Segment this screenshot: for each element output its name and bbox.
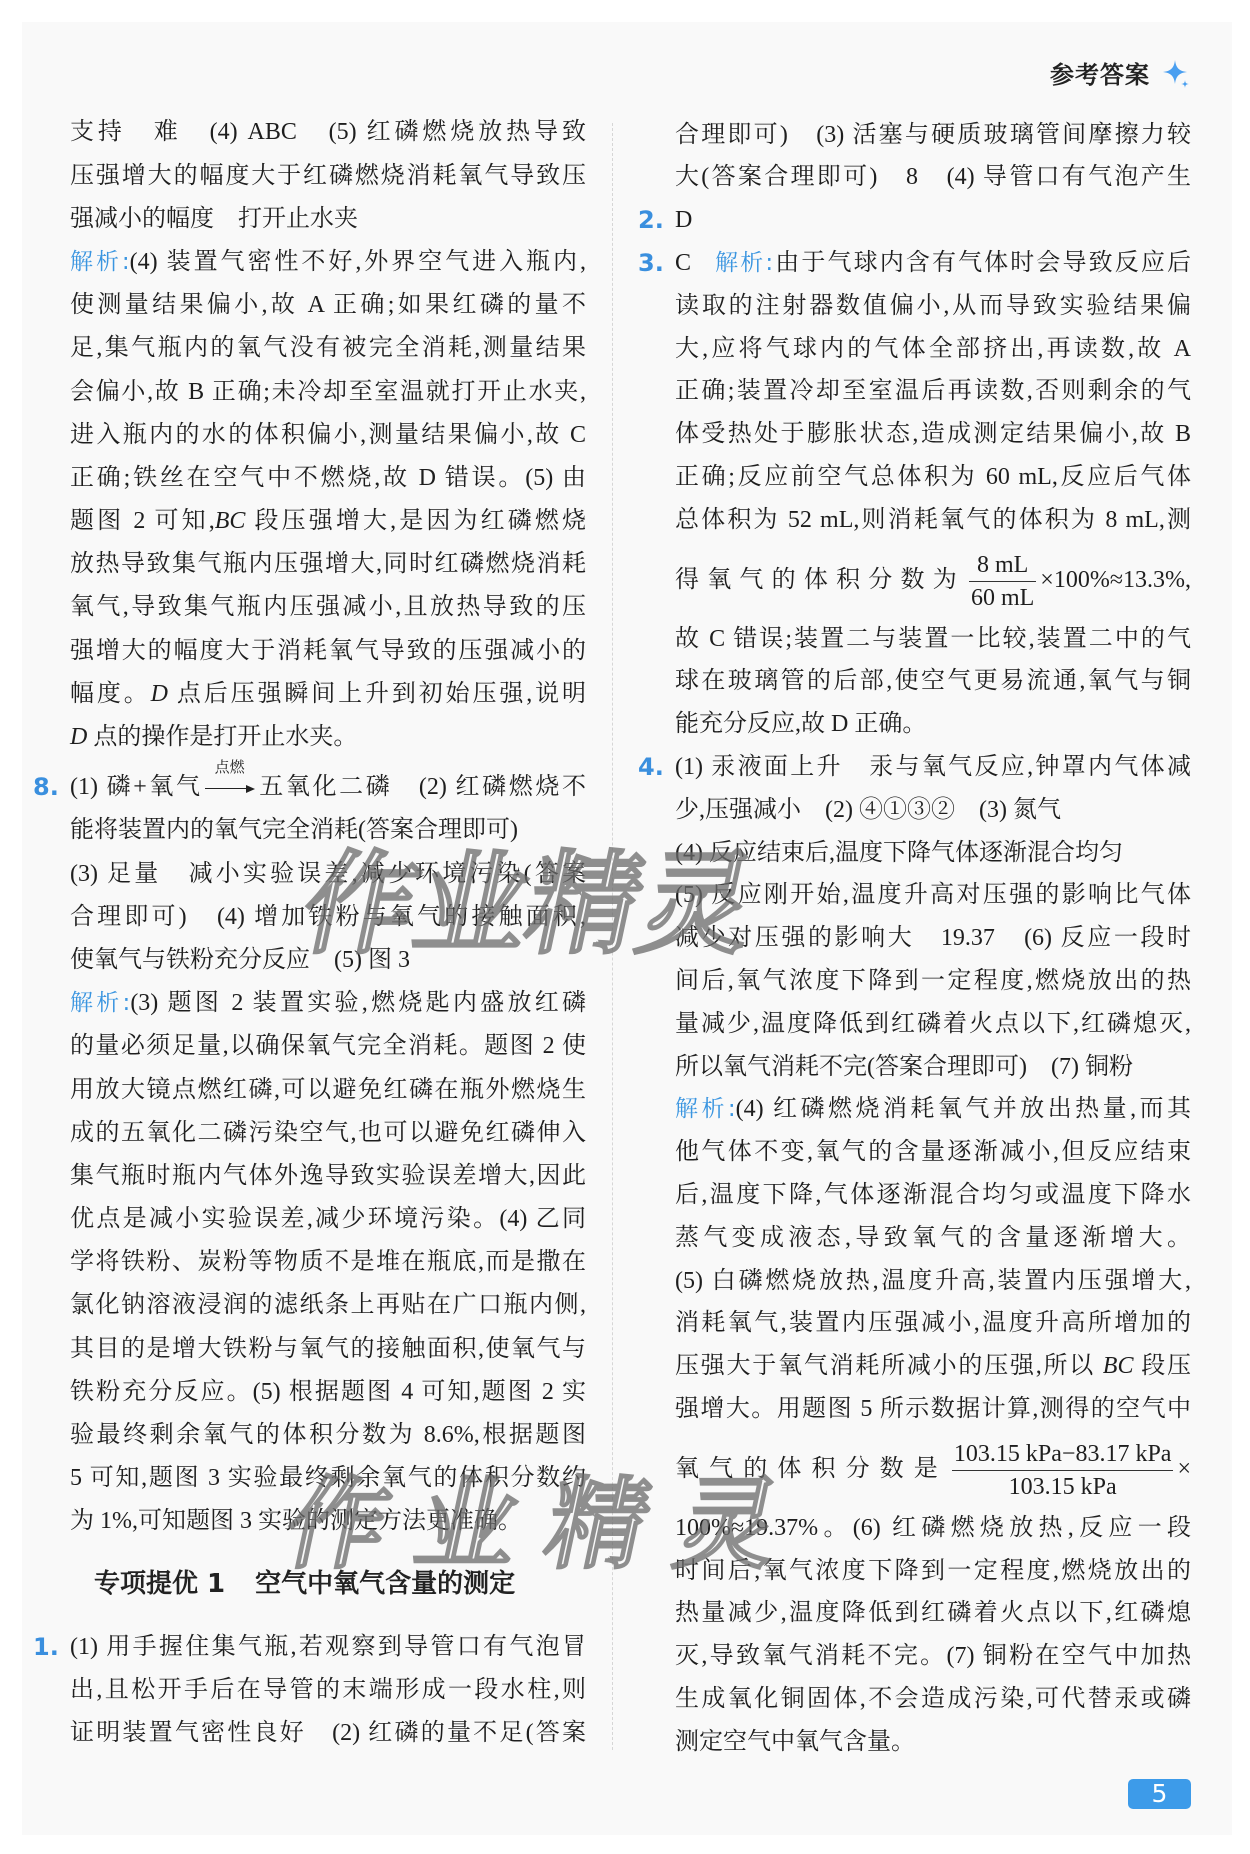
analysis-label: 解析: xyxy=(713,250,773,276)
text-line: 100%≈19.37%。(6) 红磷燃烧放热,反应一段 xyxy=(675,1507,1191,1550)
reaction-condition: 点燃 xyxy=(199,760,261,776)
text-segment: 得氧气的体积分数为 xyxy=(675,567,965,593)
italic-variable: BC xyxy=(215,508,246,534)
text-line: 证明装置气密性良好 (2) 红磷的量不足(答案 xyxy=(70,1712,586,1755)
text-line: 强增大的幅度大于消耗氧气导致的压强减小的 xyxy=(70,630,586,673)
text-segment: (1) 磷+氧气 xyxy=(70,774,203,800)
text-line: 总体积为 52 mL,则消耗氧气的体积为 8 mL,测 xyxy=(675,499,1191,542)
text-line: 会偏小,故 B 正确;未冷却至室温就打开止水夹, xyxy=(70,371,586,414)
text-line: 蒸气变成液态,导致氧气的含量逐渐增大。 xyxy=(675,1217,1191,1260)
text-line: 正确;反应前空气总体积为 60 mL,反应后气体 xyxy=(675,456,1191,499)
answer-item-1-continued: 合理即可) (3) 活塞与硬质玻璃管间摩擦力较 大(答案合理即可) 8 (4) … xyxy=(675,114,1191,200)
item-number: 4. xyxy=(638,746,664,789)
text-segment: 五氧化二磷 (2) 红磷燃烧不 xyxy=(257,774,586,800)
analysis-line: 解析:(4) 红磷燃烧消耗氧气并放出热量,而其 xyxy=(675,1088,1191,1131)
text-line: 大(答案合理即可) 8 (4) 导管口有气泡产生 xyxy=(675,156,1191,199)
text-line: 铁粉充分反应。(5) 根据题图 4 可知,题图 2 实 xyxy=(70,1371,586,1414)
text-line: 生成氧化铜固体,不会造成污染,可代替汞或磷 xyxy=(675,1678,1191,1721)
analysis-text: (4) 装置气密性不好,外界空气进入瓶内, xyxy=(130,249,586,275)
answer-item-3: 3.C解析:由于气球内含有气体时会导致反应后 读取的注射器数值偏小,从而导致实验… xyxy=(675,242,1191,746)
text-segment: 段压 xyxy=(1133,1353,1191,1379)
right-column: 合理即可) (3) 活塞与硬质玻璃管间摩擦力较 大(答案合理即可) 8 (4) … xyxy=(675,114,1191,1764)
sparkle-star-icon xyxy=(1161,58,1193,90)
item-number: 1. xyxy=(33,1626,59,1669)
page-number: 5 xyxy=(1128,1779,1191,1809)
arrow-shaft xyxy=(205,788,249,789)
text-line: 灭,导致氧气消耗不完。(7) 铜粉在空气中加热 xyxy=(675,1635,1191,1678)
text-line: 所以氧气消耗不完(答案合理即可) (7) 铜粉 xyxy=(675,1046,1191,1089)
text-line: 强减小的幅度 打开止水夹 xyxy=(70,198,586,241)
text-line: 1.(1) 用手握住集气瓶,若观察到导管口有气泡冒 xyxy=(70,1626,586,1669)
text-line: 学将铁粉、炭粉等物质不是堆在瓶底,而是撒在 xyxy=(70,1241,586,1284)
text-line: 足,集气瓶内的氧气没有被完全消耗,测量结果 xyxy=(70,327,586,370)
text-line: (4) 反应结束后,温度下降气体逐渐混合均匀 xyxy=(675,832,1191,875)
text-line: 球在玻璃管的后部,使空气更易流通,氧气与铜 xyxy=(675,660,1191,703)
text-line: 3.C解析:由于气球内含有气体时会导致反应后 xyxy=(675,242,1191,285)
header-title: 参考答案 xyxy=(1050,61,1150,89)
text-line: 进入瓶内的水的体积偏小,测量结果偏小,故 C xyxy=(70,414,586,457)
section-heading: 专项提优 1空气中氧气含量的测定 xyxy=(70,1563,586,1606)
analysis-text: (4) 红磷燃烧消耗氧气并放出热量,而其 xyxy=(736,1096,1191,1122)
text-line: 间后,氧气浓度下降到一定程度,燃烧放出的热 xyxy=(675,960,1191,1003)
text-line: 正确;铁丝在空气中不燃烧,故 D 错误。(5) 由 xyxy=(70,457,586,500)
analysis-line: 解析:(4) 装置气密性不好,外界空气进入瓶内, xyxy=(70,241,586,284)
text-line: (5) 白磷燃烧放热,温度升高,装置内压强增大, xyxy=(675,1260,1191,1303)
section-title: 空气中氧气含量的测定 xyxy=(255,1569,515,1599)
italic-variable: BC xyxy=(1103,1353,1134,1379)
fraction-numerator: 103.15 kPa−83.17 kPa xyxy=(952,1438,1174,1470)
analysis-text: (3) 题图 2 装置实验,燃烧匙内盛放红磷 xyxy=(130,990,586,1016)
text-segment: 氧气的体积分数是 xyxy=(675,1456,948,1482)
fraction-denominator: 60 mL xyxy=(969,581,1036,614)
fraction-numerator: 8 mL xyxy=(969,549,1036,581)
section-label: 专项提优 1 xyxy=(94,1569,225,1599)
analysis-line: 解析:(3) 题图 2 装置实验,燃烧匙内盛放红磷 xyxy=(70,982,586,1025)
text-line: 读取的注射器数值偏小,从而导致实验结果偏 xyxy=(675,285,1191,328)
text-line: 4.(1) 汞液面上升 汞与氧气反应,钟罩内气体减 xyxy=(675,746,1191,789)
text-line: 为 1%,可知题图 3 实验的测定方法更准确。 xyxy=(70,1500,586,1543)
text-line: 能将装置内的氧气完全消耗(答案合理即可) xyxy=(70,809,586,852)
answer-item-4: 4.(1) 汞液面上升 汞与氧气反应,钟罩内气体减 少,压强减小 (2) ④①③… xyxy=(675,746,1191,1764)
page-header: 参考答案 xyxy=(1050,60,1150,90)
text-line: 大,应将气球内的气体全部挤出,再读数,故 A xyxy=(675,328,1191,371)
text-line: 合理即可) (3) 活塞与硬质玻璃管间摩擦力较 xyxy=(675,114,1191,157)
text-line: 压强增大的幅度大于红磷燃烧消耗氧气导致压 xyxy=(70,155,586,198)
column-divider xyxy=(612,123,613,1750)
text-segment: × xyxy=(1177,1456,1191,1482)
answer-value: D xyxy=(675,207,692,233)
fraction: 103.15 kPa−83.17 kPa103.15 kPa xyxy=(952,1438,1174,1503)
text-segment: 点的操作是打开止水夹。 xyxy=(87,724,357,750)
text-line: 验最终剩余氧气的体积分数为 8.6%,根据题图 xyxy=(70,1414,586,1457)
text-line: 后,温度下降,气体逐渐混合均匀或温度下降水 xyxy=(675,1174,1191,1217)
text-line: D 点的操作是打开止水夹。 xyxy=(70,716,586,759)
fraction-denominator: 103.15 kPa xyxy=(952,1470,1174,1503)
item-number: 2. xyxy=(638,199,664,242)
text-line: 正确;装置冷却至室温后再读数,否则剩余的气 xyxy=(675,370,1191,413)
text-line: 用放大镜点燃红磷,可以避免红磷在瓶外燃烧生 xyxy=(70,1069,586,1112)
answer-item-2: 2.D xyxy=(675,199,1191,242)
text-line: 热量减少,温度降低到红磷着火点以下,红磷熄 xyxy=(675,1592,1191,1635)
text-line: 支持 难 (4) ABC (5) 红磷燃烧放热导致 xyxy=(70,111,586,154)
analysis-label: 解析: xyxy=(70,249,130,275)
text-line: (3) 足量 减小实验误差,减少环境污染(答案 xyxy=(70,853,586,896)
text-line: 放热导致集气瓶内压强增大,同时红磷燃烧消耗 xyxy=(70,543,586,586)
text-line: 故 C 错误;装置二与装置一比较,装置二中的气 xyxy=(675,618,1191,661)
text-line: 少,压强减小 (2) ④①③② (3) 氮气 xyxy=(675,789,1191,832)
formula-line: 得氧气的体积分数为8 mL60 mL×100%≈13.3%, xyxy=(675,542,1191,618)
text-segment: (1) 用手握住集气瓶,若观察到导管口有气泡冒 xyxy=(70,1634,586,1660)
text-line: 时间后,氧气浓度下降到一定程度,燃烧放出的 xyxy=(675,1550,1191,1593)
text-line: 使测量结果偏小,故 A 正确;如果红磷的量不 xyxy=(70,284,586,327)
text-line: 优点是减小实验误差,减少环境污染。(4) 乙同 xyxy=(70,1198,586,1241)
arrow-head-icon xyxy=(246,785,255,793)
analysis-label: 解析: xyxy=(70,990,130,1016)
text-line: 8.(1) 磷+氧气点燃五氧化二磷 (2) 红磷燃烧不 xyxy=(70,766,586,809)
analysis-label: 解析: xyxy=(675,1096,736,1122)
text-segment: 题图 2 可知, xyxy=(70,508,215,534)
analysis-text: 由于气球内含有气体时会导致反应后 xyxy=(773,250,1191,276)
text-segment: 压强大于氧气消耗所减小的压强,所以 xyxy=(675,1353,1103,1379)
text-segment: (1) 汞液面上升 汞与氧气反应,钟罩内气体减 xyxy=(675,754,1191,780)
text-line: 集气瓶时瓶内气体外逸导致实验误差增大,因此 xyxy=(70,1155,586,1198)
text-line: 量减少,温度降低到红磷着火点以下,红磷熄灭, xyxy=(675,1003,1191,1046)
text-segment: 点后压强瞬间上升到初始压强,说明 xyxy=(168,681,586,707)
fraction: 8 mL60 mL xyxy=(969,549,1036,614)
text-segment: 幅度。 xyxy=(70,681,151,707)
text-segment: ×100%≈13.3%, xyxy=(1040,567,1191,593)
text-line: 成的五氧化二磷污染空气,也可以避免红磷伸入 xyxy=(70,1112,586,1155)
left-column: 支持 难 (4) ABC (5) 红磷燃烧放热导致 压强增大的幅度大于红磷燃烧消… xyxy=(70,111,586,1755)
text-line: 消耗氧气,装置内压强减小,温度升高所增加的 xyxy=(675,1302,1191,1345)
item-number: 3. xyxy=(638,242,664,285)
item-number: 8. xyxy=(33,766,59,809)
text-line: 5 可知,题图 3 实验最终剩余氧气的体积分数约 xyxy=(70,1457,586,1500)
italic-variable: D xyxy=(151,681,168,707)
text-line: (5) 反应刚开始,温度升高对压强的影响比气体 xyxy=(675,874,1191,917)
text-line: 2.D xyxy=(675,199,1191,242)
text-line: 幅度。D 点后压强瞬间上升到初始压强,说明 xyxy=(70,673,586,716)
text-line: 氧气,导致集气瓶内压强减小,且放热导致的压 xyxy=(70,586,586,629)
answer-block-continued: 支持 难 (4) ABC (5) 红磷燃烧放热导致 压强增大的幅度大于红磷燃烧消… xyxy=(70,111,586,759)
text-line: 氯化钠溶液浸润的滤纸条上再贴在广口瓶内侧, xyxy=(70,1284,586,1327)
answer-value: C xyxy=(675,250,691,276)
text-line: 他气体不变,氧气的含量逐渐减小,但反应结束 xyxy=(675,1131,1191,1174)
text-line: 测定空气中氧气含量。 xyxy=(675,1721,1191,1764)
text-line: 使氧气与铁粉充分反应 (5) 图 3 xyxy=(70,939,586,982)
text-line: 合理即可) (4) 增加铁粉与氧气的接触面积, xyxy=(70,896,586,939)
text-line: 体受热处于膨胀状态,造成测定结果偏小,故 B xyxy=(675,413,1191,456)
text-line: 题图 2 可知,BC 段压强增大,是因为红磷燃烧 xyxy=(70,500,586,543)
text-line: 其目的是增大铁粉与氧气的接触面积,使氧气与 xyxy=(70,1328,586,1371)
formula-line: 氧气的体积分数是103.15 kPa−83.17 kPa103.15 kPa× xyxy=(675,1431,1191,1507)
answer-item-1: 1.(1) 用手握住集气瓶,若观察到导管口有气泡冒 出,且松开手后在导管的末端形… xyxy=(70,1626,586,1756)
text-line: 强增大。用题图 5 所示数据计算,测得的空气中 xyxy=(675,1388,1191,1431)
text-line: 出,且松开手后在导管的末端形成一段水柱,则 xyxy=(70,1669,586,1712)
answer-item-8: 8.(1) 磷+氧气点燃五氧化二磷 (2) 红磷燃烧不 能将装置内的氧气完全消耗… xyxy=(70,766,586,1543)
text-line: 压强大于氧气消耗所减小的压强,所以 BC 段压 xyxy=(675,1345,1191,1388)
text-line: 减少对压强的影响大 19.37 (6) 反应一段时 xyxy=(675,917,1191,960)
text-segment: 段压强增大,是因为红磷燃烧 xyxy=(245,508,586,534)
reaction-arrow: 点燃 xyxy=(205,777,255,801)
text-line: 的量必须足量,以确保氧气完全消耗。题图 2 使 xyxy=(70,1025,586,1068)
text-line: 能充分反应,故 D 正确。 xyxy=(675,703,1191,746)
italic-variable: D xyxy=(70,724,87,750)
